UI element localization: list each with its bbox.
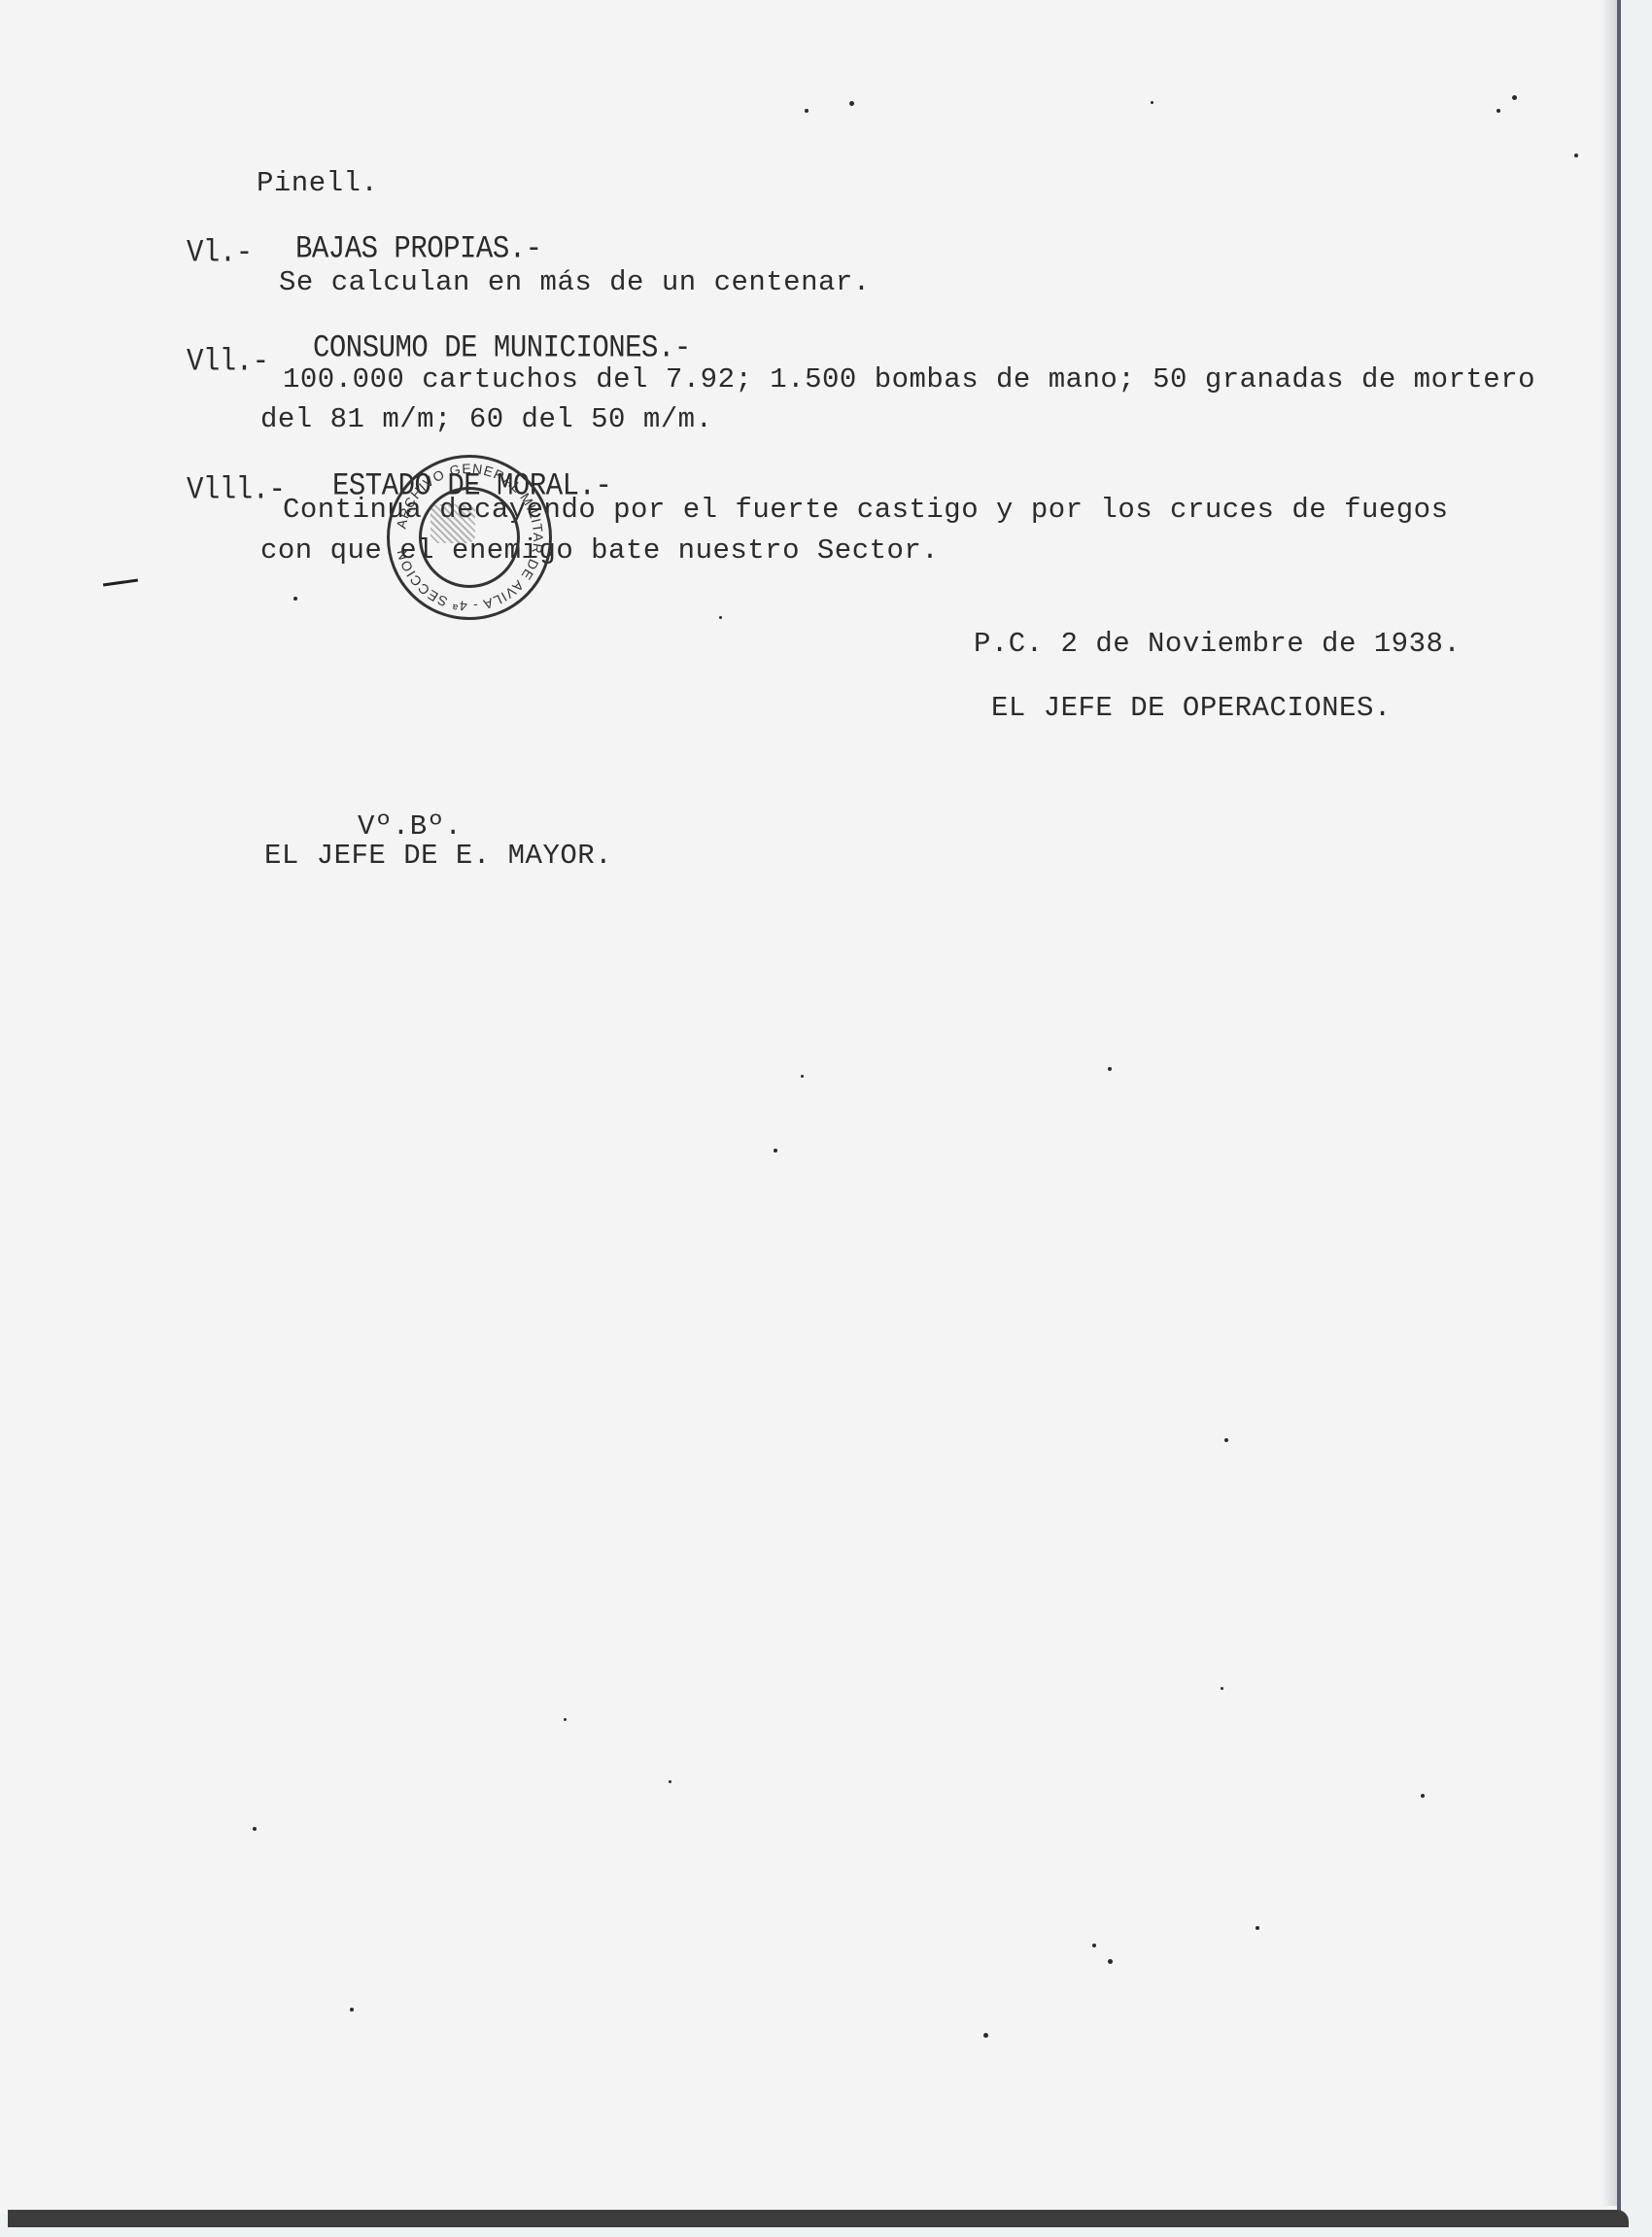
scan-speck bbox=[1256, 1926, 1259, 1930]
signature-fragment: Pinell. bbox=[257, 169, 378, 197]
scan-speck bbox=[983, 2033, 988, 2038]
scan-speck bbox=[669, 1780, 671, 1783]
scan-speck bbox=[1421, 1794, 1425, 1798]
scan-speck bbox=[1151, 101, 1153, 104]
section-7-title: CONSUMO DE MUNICIONES.- bbox=[313, 332, 691, 363]
scan-speck bbox=[1497, 109, 1500, 113]
signatory-chief-of-staff: EL JEFE DE E. MAYOR. bbox=[264, 842, 612, 870]
scan-speck bbox=[564, 1718, 567, 1721]
section-6-title: BAJAS PROPIAS.- bbox=[295, 233, 542, 264]
archive-stamp: ARCHIVO GENERAL MILITAR DE AVILA - 4ª SE… bbox=[387, 455, 552, 620]
section-7-number: Vll.- bbox=[187, 346, 269, 377]
approval-mark: Vº.Bº. bbox=[358, 812, 462, 841]
scan-speck bbox=[801, 1075, 804, 1078]
section-6-body-line-1: Se calculan en más de un centenar. bbox=[279, 268, 871, 296]
scan-speck bbox=[1512, 95, 1517, 100]
scan-speck bbox=[1092, 1944, 1096, 1947]
scan-speck bbox=[1574, 154, 1578, 157]
coat-of-arms-icon bbox=[430, 504, 475, 543]
scan-speck bbox=[774, 1149, 777, 1153]
scan-speck bbox=[293, 597, 297, 601]
scan-speck bbox=[849, 101, 854, 106]
page-edge-shadow bbox=[1601, 0, 1617, 2206]
scan-speck bbox=[1224, 1438, 1228, 1442]
page-bottom-edge bbox=[8, 2210, 1629, 2227]
section-8-number: Vlll.- bbox=[187, 474, 285, 505]
document-page bbox=[0, 0, 1621, 2214]
section-7-body-line-2: del 81 m/m; 60 del 50 m/m. bbox=[260, 405, 712, 433]
scan-speck bbox=[805, 109, 809, 113]
scan-speck bbox=[719, 616, 722, 619]
scan-speck bbox=[350, 2008, 354, 2012]
scan-speck bbox=[1221, 1687, 1223, 1690]
scan-speck bbox=[1108, 1959, 1113, 1964]
section-8-body-line-2: con que el enemigo bate nuestro Sector. bbox=[260, 536, 939, 565]
section-6-number: Vl.- bbox=[187, 237, 253, 268]
place-date: P.C. 2 de Noviembre de 1938. bbox=[974, 630, 1461, 658]
scan-speck bbox=[253, 1827, 257, 1831]
page-right-edge bbox=[1617, 0, 1621, 2214]
signatory-operations-chief: EL JEFE DE OPERACIONES. bbox=[991, 694, 1392, 722]
scan-speck bbox=[1108, 1067, 1112, 1071]
section-7-body-line-1: 100.000 cartuchos del 7.92; 1.500 bombas… bbox=[283, 365, 1535, 394]
